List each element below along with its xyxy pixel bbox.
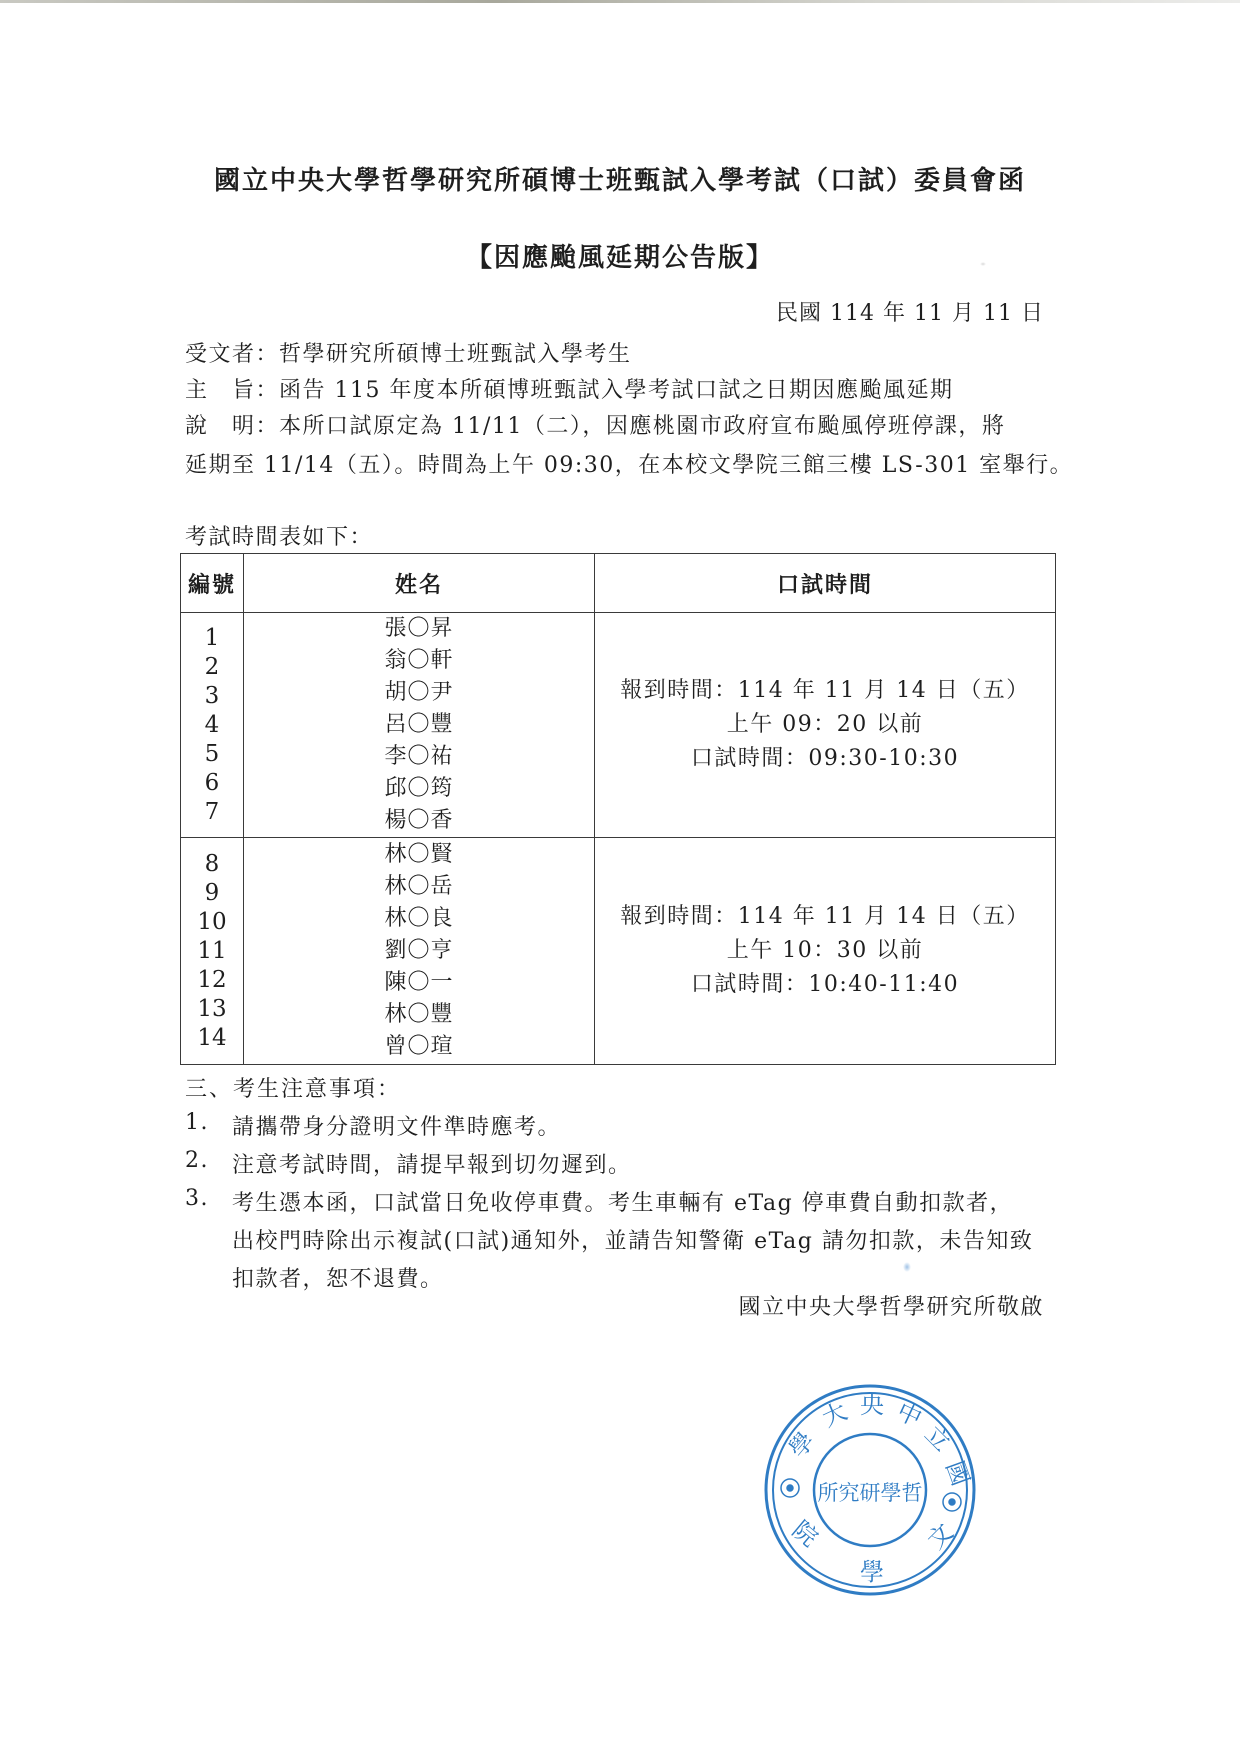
schedule-table: 編號 姓名 口試時間 1 2 3 4 5 6 7 張〇昇 翁〇軒 — [180, 553, 1056, 1065]
explanation-label: 說 明： — [185, 409, 279, 440]
table-row: 1 2 3 4 5 6 7 張〇昇 翁〇軒 胡〇尹 呂〇豐 李〇祐 邱〇筠 — [181, 613, 1056, 838]
note-text: 扣款者，恕不退費。 — [232, 1262, 444, 1293]
candidate-name: 楊〇香 — [384, 805, 453, 837]
explanation-line-2: 延期至 11/14（五）。時間為上午 09:30，在本校文學院三館三樓 LS-3… — [185, 448, 1073, 479]
number-cell: 8 9 10 11 12 13 14 — [181, 838, 244, 1065]
note-text: 請攜帶身分證明文件準時應考。 — [232, 1110, 561, 1141]
candidate-number: 10 — [197, 908, 226, 937]
header-time: 口試時間 — [595, 554, 1056, 613]
svg-text:文: 文 — [922, 1518, 959, 1555]
svg-text:學: 學 — [783, 1427, 820, 1463]
recipient-label: 受文者： — [185, 337, 279, 368]
checkin-time: 報到時間：114 年 11 月 14 日（五） — [620, 674, 1029, 708]
signoff: 國立中央大學哲學研究所敬啟 — [738, 1290, 1044, 1321]
official-seal: 學 大 央 中 立 國 文 學 院 所究研學哲 — [760, 1380, 980, 1600]
note-item-1: 1. 請攜帶身分證明文件準時應考。 — [0, 1110, 1240, 1140]
candidate-name: 曾〇瑄 — [384, 1031, 453, 1063]
note-item-3: 3. 考生憑本函，口試當日免收停車費。考生車輛有 eTag 停車費自動扣款者， … — [0, 1186, 1240, 1296]
candidate-name: 李〇祐 — [384, 741, 453, 773]
candidate-number: 2 — [205, 653, 220, 682]
subject-line: 主 旨：函告 115 年度本所碩博班甄試入學考試口試之日期因應颱風延期 — [185, 373, 954, 404]
candidate-number: 8 — [205, 850, 220, 879]
candidate-number: 12 — [197, 966, 226, 995]
candidate-name: 林〇賢 — [384, 839, 453, 871]
candidate-number: 13 — [197, 995, 226, 1024]
name-cell: 林〇賢 林〇岳 林〇良 劉〇亨 陳〇一 林〇豐 曾〇瑄 — [244, 838, 595, 1065]
note-number: 2. — [185, 1148, 209, 1173]
checkin-deadline: 上午 10：30 以前 — [727, 934, 923, 968]
note-text: 出校門時除出示複試(口試)通知外，並請告知警衛 eTag 請勿扣款，未告知致 — [232, 1224, 1033, 1255]
seal-inner-text: 所究研學哲 — [818, 1481, 923, 1505]
note-number: 3. — [185, 1186, 209, 1211]
name-cell: 張〇昇 翁〇軒 胡〇尹 呂〇豐 李〇祐 邱〇筠 楊〇香 — [244, 613, 595, 838]
number-cell: 1 2 3 4 5 6 7 — [181, 613, 244, 838]
candidate-number: 11 — [197, 937, 226, 966]
candidate-name: 邱〇筠 — [384, 773, 453, 805]
candidate-number: 6 — [205, 769, 220, 798]
svg-text:大: 大 — [818, 1397, 852, 1433]
candidate-name: 林〇良 — [384, 903, 453, 935]
candidate-number: 5 — [205, 740, 220, 769]
candidate-name: 林〇岳 — [384, 871, 453, 903]
interview-time: 口試時間：09:30-10:30 — [691, 742, 959, 776]
svg-text:學: 學 — [860, 1558, 884, 1586]
explanation-line-1: 說 明：本所口試原定為 11/11（二），因應桃園市政府宣布颱風停班停課，將 — [185, 409, 1005, 440]
note-item-2: 2. 注意考試時間，請提早報到切勿遲到。 — [0, 1148, 1240, 1178]
candidate-name: 呂〇豐 — [384, 709, 453, 741]
note-text: 考生憑本函，口試當日免收停車費。考生車輛有 eTag 停車費自動扣款者， — [232, 1186, 1013, 1217]
notes-heading: 三、考生注意事項： — [185, 1072, 401, 1103]
candidate-name: 陳〇一 — [384, 967, 453, 999]
checkin-time: 報到時間：114 年 11 月 14 日（五） — [620, 900, 1029, 934]
table-header-row: 編號 姓名 口試時間 — [181, 554, 1056, 613]
checkin-deadline: 上午 09：20 以前 — [727, 708, 923, 742]
document-date: 民國 114 年 11 月 11 日 — [776, 296, 1044, 327]
candidate-number: 4 — [205, 711, 220, 740]
schedule-intro: 考試時間表如下： — [185, 520, 373, 551]
candidate-name: 翁〇軒 — [384, 645, 453, 677]
interview-time: 口試時間：10:40-11:40 — [691, 968, 959, 1002]
candidate-number: 7 — [205, 798, 220, 827]
recipient-value: 哲學研究所碩博士班甄試入學考生 — [279, 342, 632, 367]
recipient-line: 受文者：哲學研究所碩博士班甄試入學考生 — [185, 337, 632, 368]
candidate-number: 9 — [205, 879, 220, 908]
time-cell: 報到時間：114 年 11 月 14 日（五） 上午 10：30 以前 口試時間… — [595, 838, 1056, 1065]
header-number: 編號 — [181, 554, 244, 613]
subject-label: 主 旨： — [185, 373, 279, 404]
candidate-name: 胡〇尹 — [384, 677, 453, 709]
table-row: 8 9 10 11 12 13 14 林〇賢 林〇岳 林〇良 劉〇亨 陳〇一 林… — [181, 838, 1056, 1065]
candidate-number: 14 — [197, 1024, 226, 1053]
explanation-text-1: 本所口試原定為 11/11（二），因應桃園市政府宣布颱風停班停課，將 — [279, 414, 1005, 439]
svg-text:央: 央 — [860, 1391, 884, 1419]
svg-text:中: 中 — [893, 1397, 927, 1433]
candidate-name: 林〇豐 — [384, 999, 453, 1031]
note-number: 1. — [185, 1110, 209, 1135]
subject-value: 函告 115 年度本所碩博班甄試入學考試口試之日期因應颱風延期 — [279, 378, 953, 403]
candidate-name: 劉〇亨 — [384, 935, 453, 967]
header-name: 姓名 — [244, 554, 595, 613]
document-subtitle: 【因應颱風延期公告版】 — [0, 237, 1240, 274]
time-cell: 報到時間：114 年 11 月 14 日（五） 上午 09：20 以前 口試時間… — [595, 613, 1056, 838]
candidate-number: 1 — [205, 624, 220, 653]
document-title: 國立中央大學哲學研究所碩博士班甄試入學考試（口試）委員會函 — [0, 160, 1240, 197]
scan-edge — [0, 0, 1240, 3]
candidate-name: 張〇昇 — [384, 613, 453, 645]
candidate-number: 3 — [205, 682, 220, 711]
note-text: 注意考試時間，請提早報到切勿遲到。 — [232, 1148, 632, 1179]
